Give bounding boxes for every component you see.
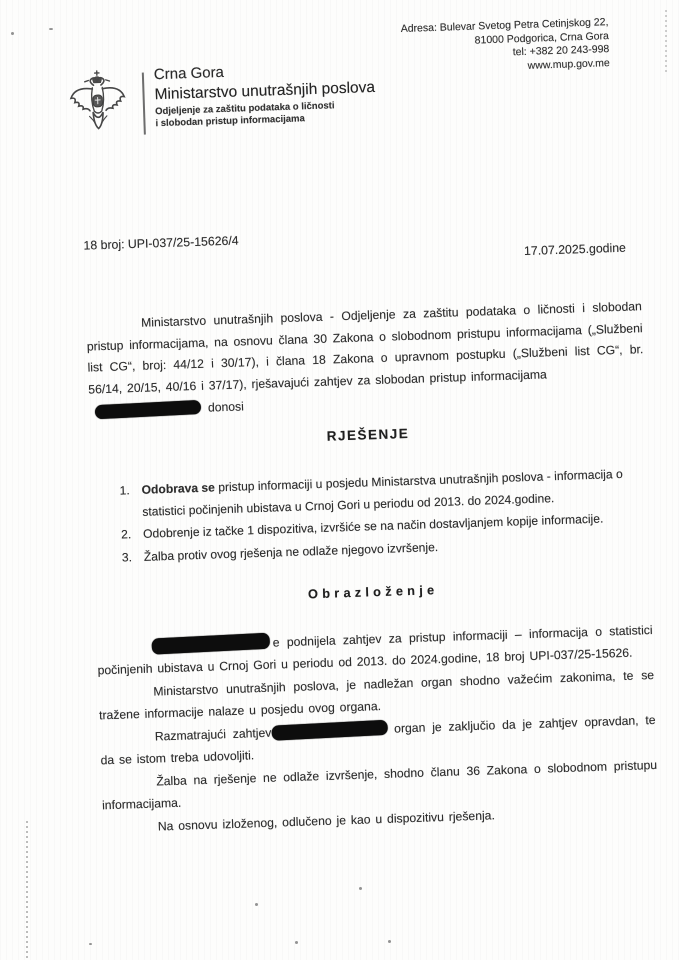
- donosi-text: donosi: [208, 399, 244, 414]
- scan-speck: [295, 941, 298, 944]
- scan-speck: [11, 32, 14, 35]
- scan-speck: [359, 887, 362, 890]
- item-number: 2.: [121, 524, 144, 546]
- scan-edge-artifact: [26, 818, 28, 958]
- header-divider: [142, 73, 146, 135]
- item-number: 3.: [122, 546, 145, 568]
- letterhead: Crna Gora Ministarstvo unutrašnjih poslo…: [75, 0, 636, 174]
- redaction-box: [95, 400, 202, 419]
- organization-block: Crna Gora Ministarstvo unutrašnjih poslo…: [154, 59, 377, 130]
- scanned-document-page: Crna Gora Ministarstvo unutrašnjih poslo…: [0, 0, 679, 960]
- document-content: Crna Gora Ministarstvo unutrašnjih poslo…: [0, 0, 679, 960]
- explanation-title: Obrazloženje: [95, 575, 651, 608]
- decision-title: RJEŠENJE: [90, 418, 646, 451]
- scan-speck: [255, 903, 258, 906]
- address-block: Adresa: Bulevar Svetog Petra Cetinjskog …: [401, 16, 610, 77]
- decision-list: 1. Odobrava se pristup informaciji u pos…: [91, 463, 650, 569]
- redaction-box: [151, 633, 270, 655]
- scan-speck: [49, 28, 53, 30]
- scan-edge-artifact: [665, 8, 667, 72]
- scan-speck: [388, 940, 391, 943]
- montenegro-coat-of-arms-icon: [66, 67, 130, 139]
- item-bold-lead: Odobrava se: [141, 480, 215, 496]
- scan-speck: [89, 943, 92, 945]
- item-number: 1.: [119, 480, 142, 524]
- paragraph-text: Razmatrajući zahtjev: [155, 726, 272, 744]
- redaction-box: [271, 720, 388, 741]
